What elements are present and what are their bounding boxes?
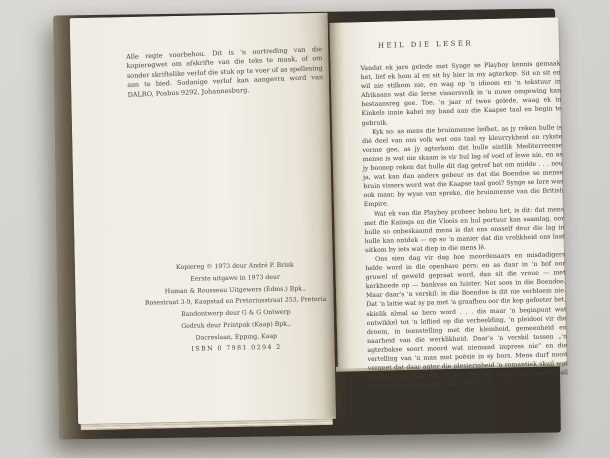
- right-page: HEIL DIE LESER Vandat ek jare gelede met…: [329, 17, 566, 368]
- foreword-text: Vandat ek jare gelede met Synge se Playb…: [360, 59, 568, 391]
- photo-background: Alle regte voorbehou. Dit is 'n oortredi…: [0, 0, 610, 458]
- open-book: Alle regte voorbehou. Dit is 'n oortredi…: [45, 0, 571, 453]
- foreword-heading: HEIL DIE LESER: [378, 39, 473, 49]
- foreword-paragraph: Ons sien dag vir dag hoe moordenaars en …: [365, 250, 568, 391]
- foreword-paragraph: Wat ek van die Playboy probeer behou het…: [364, 205, 565, 255]
- left-page: Alle regte voorbehou. Dit is 'n oortredi…: [70, 13, 336, 424]
- foreword-paragraph: Vandat ek jare gelede met Synge se Playb…: [360, 59, 561, 128]
- imprint-block: Kopiereg © 1973 deur André P. Brink Eers…: [133, 259, 339, 346]
- foreword-paragraph: Kyk so: as mens die bruinmense liefhet, …: [362, 123, 564, 210]
- copyright-notice: Alle regte voorbehou. Dit is 'n oortredi…: [126, 45, 324, 100]
